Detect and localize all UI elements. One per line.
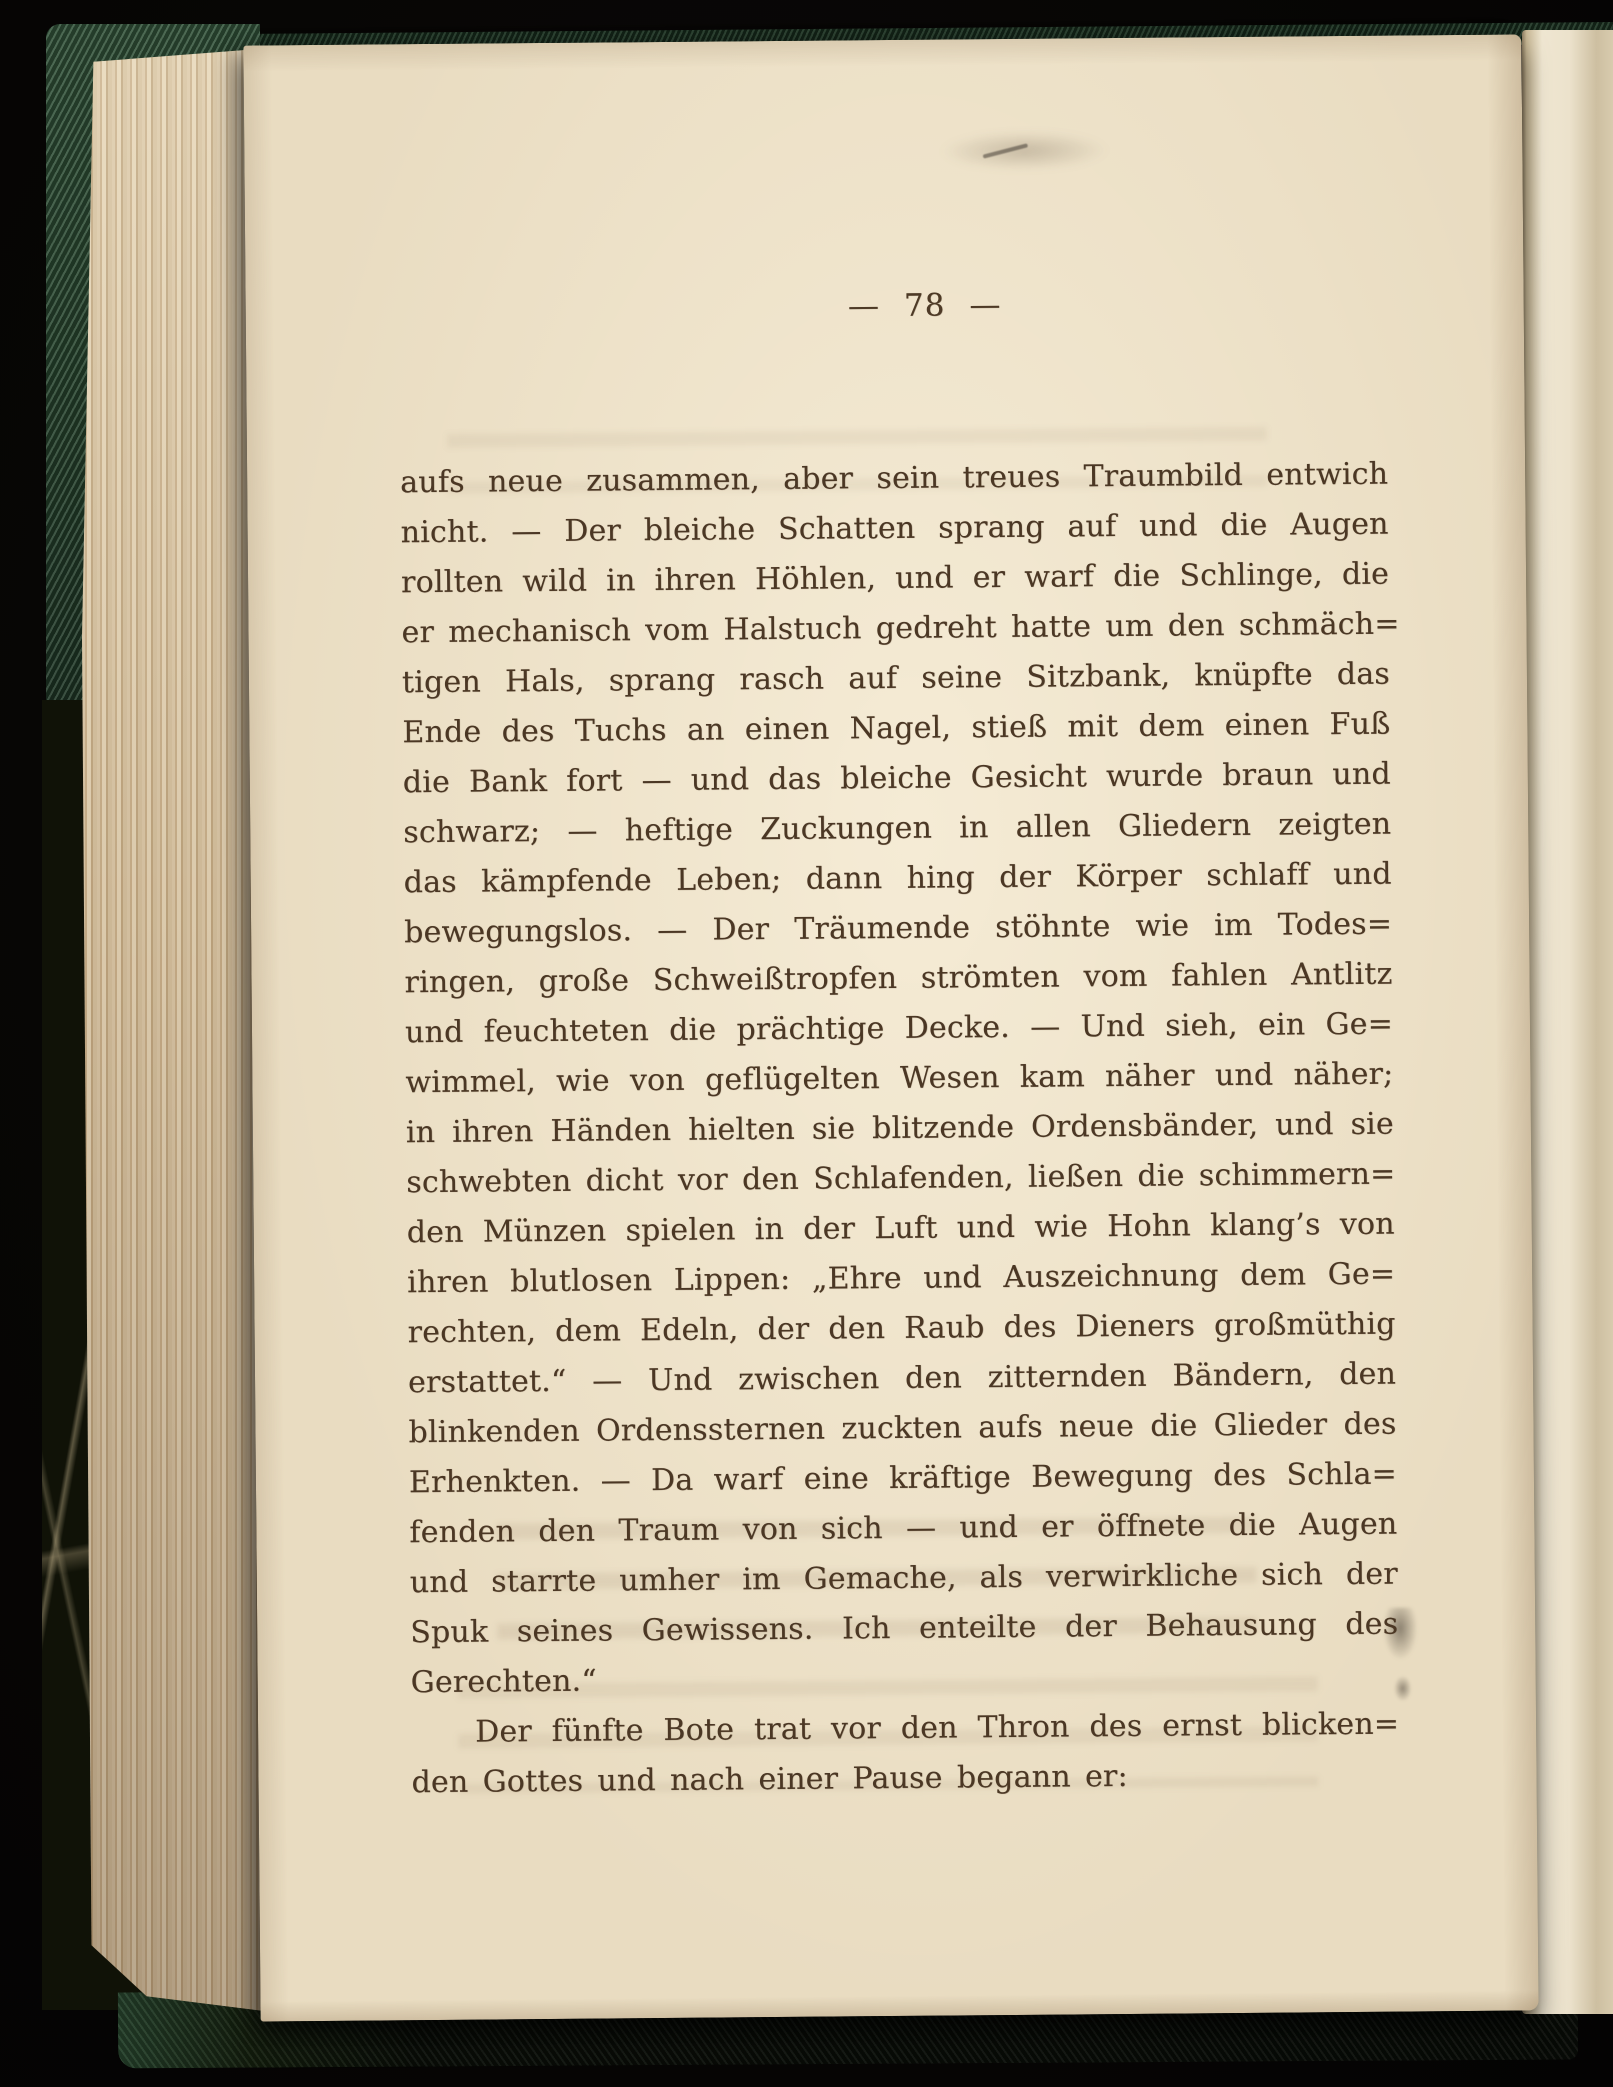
text-line: Ende des Tuchs an einen Nagel, stieß mit… [402, 700, 1390, 759]
body-text: aufs neue zusammen, aber sein treues Tra… [400, 450, 1400, 1809]
book-photo: —78— aufs neue zusammen, aber sein treue… [0, 0, 1613, 2087]
text-line: rollten wild in ihren Höhlen, und er war… [401, 550, 1389, 609]
page-number-rule-right: — [945, 287, 1025, 324]
text-line: bewegungslos. — Der Träumende stöhnte wi… [404, 900, 1392, 959]
page-number-rule-left: — [824, 288, 904, 325]
text-line-paragraph-end: Gerechten.“ [410, 1650, 1398, 1709]
text-line: das kämpfende Leben; dann hing der Körpe… [404, 850, 1392, 909]
book-page: —78— aufs neue zusammen, aber sein treue… [243, 34, 1538, 2021]
text-line: blinkenden Ordenssternen zuckten aufs ne… [408, 1400, 1396, 1459]
text-line: Spuk seines Gewissens. Ich enteilte der … [410, 1600, 1398, 1659]
text-line-paragraph-end: den Gottes und nach einer Pause begann e… [411, 1750, 1399, 1809]
text-line: erstattet.“ — Und zwischen den zitternde… [408, 1350, 1396, 1409]
text-line: tigen Hals, sprang rasch auf seine Sitzb… [402, 650, 1390, 709]
page-number: —78— [286, 282, 1564, 329]
text-line-paragraph-start: Der fünfte Bote trat vor den Thron des e… [411, 1700, 1399, 1759]
text-line: er mechanisch vom Halstuch gedreht hatte… [401, 600, 1389, 659]
text-line: ihren blutlosen Lippen: „Ehre und Auszei… [407, 1250, 1395, 1309]
text-line: ringen, große Schweißtropfen strömten vo… [404, 950, 1392, 1009]
text-line: schwarz; — heftige Zuckungen in allen Gl… [403, 800, 1391, 859]
text-line: die Bank fort — und das bleiche Gesicht … [403, 750, 1391, 809]
text-line: und starrte umher im Gemache, als verwir… [410, 1550, 1398, 1609]
text-line: in ihren Händen hielten sie blitzende Or… [406, 1100, 1394, 1159]
text-line: fenden den Traum von sich — und er öffne… [409, 1500, 1397, 1559]
text-line: rechten, dem Edeln, der den Raub des Die… [407, 1300, 1395, 1359]
page-number-value: 78 [904, 287, 946, 323]
text-line: den Münzen spielen in der Luft und wie H… [407, 1200, 1395, 1259]
text-line: schwebten dicht vor den Schlafenden, lie… [406, 1150, 1394, 1209]
page-fore-edges [82, 48, 272, 2012]
text-line: nicht. — Der bleiche Schatten sprang auf… [400, 500, 1388, 559]
text-line: aufs neue zusammen, aber sein treues Tra… [400, 450, 1388, 509]
paper-smudge [939, 130, 1109, 171]
text-line: wimmel, wie von geflügelten Wesen kam nä… [405, 1050, 1393, 1109]
text-line: Erhenkten. — Da warf eine kräftige Beweg… [409, 1450, 1397, 1509]
text-line: und feuchteten die prächtige Decke. — Un… [405, 1000, 1393, 1059]
